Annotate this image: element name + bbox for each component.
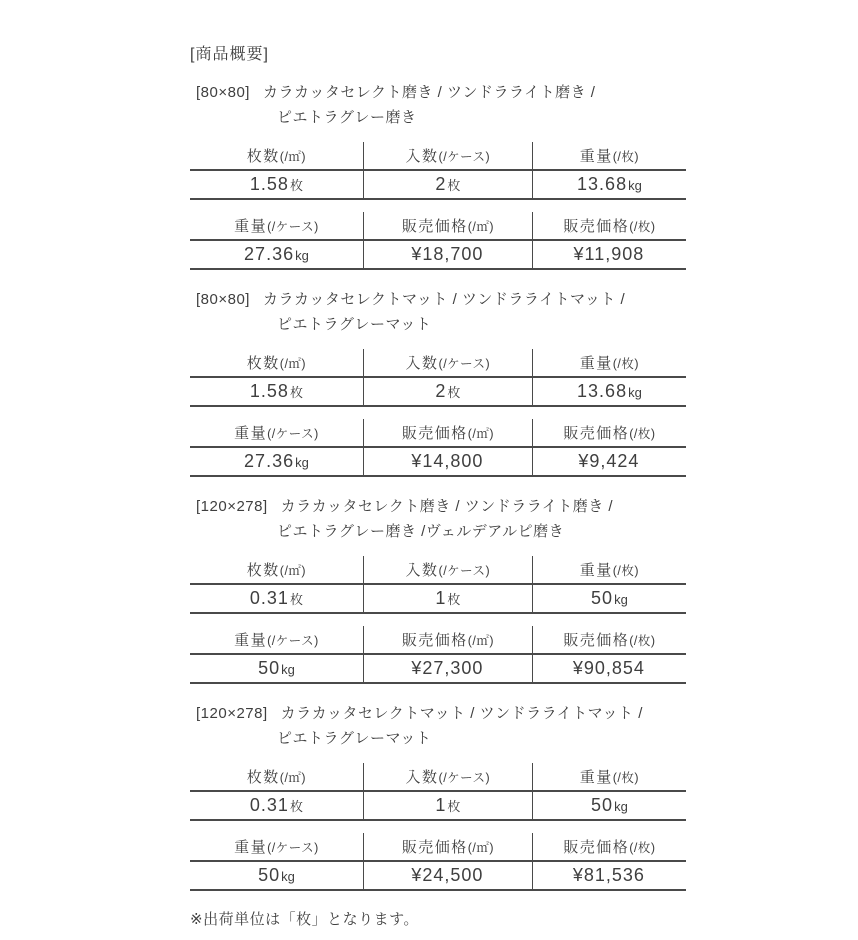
header-label: 重量	[234, 632, 267, 649]
header-cell-price-per-sheet: 販売価格(/枚)	[532, 626, 686, 654]
spec-table-price: 重量(/ケース) 販売価格(/㎡) 販売価格(/枚) 27.36kg ¥18,7…	[190, 212, 686, 270]
product-names-line1: カラカッタセレクトマット / ツンドラライトマット /	[263, 287, 625, 312]
quantity-value-row: 1.58枚 2枚 13.68kg	[190, 170, 686, 199]
product-section: [80×80] カラカッタセレクトマット / ツンドラライトマット / ピエトラ…	[190, 287, 686, 477]
product-section: [120×278] カラカッタセレクト磨き / ツンドラライト磨き / ピエトラ…	[190, 494, 686, 684]
value-cell-price-per-sqm: ¥18,700	[363, 240, 532, 269]
header-unit: (/ケース)	[267, 841, 319, 855]
size-label: [80×80]	[196, 287, 250, 312]
value-cell-sheets-per-sqm: 0.31枚	[190, 584, 363, 613]
value-number: 27.36	[244, 244, 294, 264]
section-heading-line1: [80×80] カラカッタセレクトマット / ツンドラライトマット /	[196, 287, 686, 312]
spec-table-quantity: 枚数(/㎡) 入数(/ケース) 重量(/枚) 1.58枚 2枚 13.68kg	[190, 349, 686, 407]
value-unit: 枚	[447, 178, 460, 193]
value-number: ¥24,500	[411, 865, 483, 885]
header-unit: (/枚)	[629, 220, 655, 234]
value-number: ¥14,800	[411, 451, 483, 471]
spec-table-price: 重量(/ケース) 販売価格(/㎡) 販売価格(/枚) 50kg ¥27,300 …	[190, 626, 686, 684]
size-label: [120×278]	[196, 494, 268, 519]
header-unit: (/㎡)	[468, 634, 494, 648]
header-unit: (/㎡)	[280, 357, 306, 371]
header-unit: (/㎡)	[280, 150, 306, 164]
value-number: 1.58	[250, 174, 289, 194]
header-unit: (/枚)	[613, 150, 639, 164]
size-label: [120×278]	[196, 701, 268, 726]
header-label: 重量	[234, 218, 267, 235]
value-unit: 枚	[290, 385, 303, 400]
section-heading-line1: [120×278] カラカッタセレクト磨き / ツンドラライト磨き /	[196, 494, 686, 519]
value-cell-per-case: 2枚	[363, 377, 532, 406]
header-cell-per-case: 入数(/ケース)	[363, 556, 532, 584]
spec-table-quantity: 枚数(/㎡) 入数(/ケース) 重量(/枚) 0.31枚 1枚 50kg	[190, 763, 686, 821]
header-label: 枚数	[247, 355, 280, 372]
header-unit: (/ケース)	[439, 150, 491, 164]
content-column: [商品概要] [80×80] カラカッタセレクト磨き / ツンドラライト磨き /…	[190, 0, 686, 929]
value-number: 50	[258, 658, 280, 678]
header-label: 重量	[580, 148, 613, 165]
product-names-line2: ピエトラグレー磨き	[277, 105, 686, 130]
value-unit: kg	[281, 869, 295, 884]
product-names-line2: ピエトラグレーマット	[277, 726, 686, 751]
value-unit: kg	[628, 178, 642, 193]
header-label: 枚数	[247, 562, 280, 579]
header-label: 販売価格	[563, 839, 629, 856]
header-unit: (/枚)	[613, 771, 639, 785]
section-heading-line1: [80×80] カラカッタセレクト磨き / ツンドラライト磨き /	[196, 80, 686, 105]
header-unit: (/㎡)	[280, 771, 306, 785]
header-unit: (/ケース)	[267, 427, 319, 441]
header-cell-weight-per-case: 重量(/ケース)	[190, 419, 363, 447]
header-unit: (/㎡)	[468, 841, 494, 855]
section-heading: [120×278] カラカッタセレクト磨き / ツンドラライト磨き / ピエトラ…	[190, 494, 686, 544]
value-number: 50	[591, 588, 613, 608]
value-unit: kg	[295, 248, 309, 263]
value-cell-weight-per-case: 27.36kg	[190, 447, 363, 476]
header-label: 販売価格	[402, 839, 468, 856]
header-cell-sheets-per-sqm: 枚数(/㎡)	[190, 763, 363, 791]
value-number: 27.36	[244, 451, 294, 471]
header-unit: (/ケース)	[267, 634, 319, 648]
header-cell-price-per-sqm: 販売価格(/㎡)	[363, 833, 532, 861]
header-cell-weight-per-case: 重量(/ケース)	[190, 833, 363, 861]
value-number: 1	[435, 795, 446, 815]
value-cell-weight-per-sheet: 13.68kg	[532, 377, 686, 406]
header-unit: (/㎡)	[468, 220, 494, 234]
header-label: 入数	[406, 769, 439, 786]
value-number: 2	[435, 381, 446, 401]
product-overview-page: [商品概要] [80×80] カラカッタセレクト磨き / ツンドラライト磨き /…	[0, 0, 858, 940]
header-unit: (/枚)	[629, 634, 655, 648]
header-cell-sheets-per-sqm: 枚数(/㎡)	[190, 349, 363, 377]
header-label: 入数	[406, 562, 439, 579]
value-unit: kg	[628, 385, 642, 400]
header-cell-weight-per-case: 重量(/ケース)	[190, 626, 363, 654]
header-label: 重量	[580, 562, 613, 579]
product-names-line1: カラカッタセレクト磨き / ツンドラライト磨き /	[263, 80, 595, 105]
value-number: 13.68	[577, 174, 627, 194]
value-number: 1.58	[250, 381, 289, 401]
header-cell-weight-per-sheet: 重量(/枚)	[532, 349, 686, 377]
value-cell-price-per-sheet: ¥9,424	[532, 447, 686, 476]
value-number: ¥90,854	[573, 658, 645, 678]
header-label: 枚数	[247, 148, 280, 165]
value-unit: 枚	[290, 799, 303, 814]
value-number: 0.31	[250, 795, 289, 815]
size-label: [80×80]	[196, 80, 250, 105]
section-heading: [120×278] カラカッタセレクトマット / ツンドラライトマット / ピエ…	[190, 701, 686, 751]
header-cell-weight-per-case: 重量(/ケース)	[190, 212, 363, 240]
quantity-header-row: 枚数(/㎡) 入数(/ケース) 重量(/枚)	[190, 142, 686, 170]
product-section: [80×80] カラカッタセレクト磨き / ツンドラライト磨き / ピエトラグレ…	[190, 80, 686, 270]
value-cell-per-case: 2枚	[363, 170, 532, 199]
value-cell-weight-per-sheet: 13.68kg	[532, 170, 686, 199]
value-cell-price-per-sqm: ¥24,500	[363, 861, 532, 890]
header-label: 重量	[234, 839, 267, 856]
header-cell-price-per-sheet: 販売価格(/枚)	[532, 833, 686, 861]
value-number: 2	[435, 174, 446, 194]
product-names-line1: カラカッタセレクト磨き / ツンドラライト磨き /	[281, 494, 613, 519]
header-label: 入数	[406, 148, 439, 165]
value-number: ¥81,536	[573, 865, 645, 885]
section-heading-line1: [120×278] カラカッタセレクトマット / ツンドラライトマット /	[196, 701, 686, 726]
value-cell-weight-per-case: 27.36kg	[190, 240, 363, 269]
value-cell-price-per-sqm: ¥14,800	[363, 447, 532, 476]
header-unit: (/ケース)	[439, 564, 491, 578]
price-value-row: 27.36kg ¥18,700 ¥11,908	[190, 240, 686, 269]
value-unit: 枚	[290, 592, 303, 607]
price-header-row: 重量(/ケース) 販売価格(/㎡) 販売価格(/枚)	[190, 212, 686, 240]
header-cell-price-per-sqm: 販売価格(/㎡)	[363, 626, 532, 654]
value-unit: kg	[295, 455, 309, 470]
header-cell-price-per-sheet: 販売価格(/枚)	[532, 212, 686, 240]
value-unit: 枚	[290, 178, 303, 193]
value-cell-price-per-sheet: ¥90,854	[532, 654, 686, 683]
shipping-unit-footnote: ※出荷単位は「枚」となります。	[190, 908, 686, 929]
header-label: 重量	[580, 355, 613, 372]
value-number: 50	[258, 865, 280, 885]
price-header-row: 重量(/ケース) 販売価格(/㎡) 販売価格(/枚)	[190, 626, 686, 654]
header-label: 販売価格	[402, 218, 468, 235]
header-label: 入数	[406, 355, 439, 372]
value-cell-per-case: 1枚	[363, 791, 532, 820]
header-cell-weight-per-sheet: 重量(/枚)	[532, 763, 686, 791]
header-unit: (/ケース)	[439, 771, 491, 785]
value-unit: kg	[281, 662, 295, 677]
sections: [80×80] カラカッタセレクト磨き / ツンドラライト磨き / ピエトラグレ…	[190, 80, 686, 891]
header-label: 重量	[580, 769, 613, 786]
quantity-value-row: 1.58枚 2枚 13.68kg	[190, 377, 686, 406]
header-cell-per-case: 入数(/ケース)	[363, 142, 532, 170]
value-cell-price-per-sheet: ¥81,536	[532, 861, 686, 890]
page-title: [商品概要]	[190, 44, 686, 66]
value-cell-sheets-per-sqm: 1.58枚	[190, 170, 363, 199]
header-cell-weight-per-sheet: 重量(/枚)	[532, 556, 686, 584]
header-label: 販売価格	[563, 425, 629, 442]
value-unit: kg	[614, 799, 628, 814]
header-cell-weight-per-sheet: 重量(/枚)	[532, 142, 686, 170]
value-unit: kg	[614, 592, 628, 607]
header-cell-per-case: 入数(/ケース)	[363, 349, 532, 377]
value-number: ¥18,700	[411, 244, 483, 264]
quantity-header-row: 枚数(/㎡) 入数(/ケース) 重量(/枚)	[190, 556, 686, 584]
value-number: 1	[435, 588, 446, 608]
value-number: 13.68	[577, 381, 627, 401]
header-label: 販売価格	[402, 425, 468, 442]
header-cell-price-per-sqm: 販売価格(/㎡)	[363, 212, 532, 240]
product-names-line2: ピエトラグレー磨き /ヴェルデアルピ磨き	[277, 519, 686, 544]
price-header-row: 重量(/ケース) 販売価格(/㎡) 販売価格(/枚)	[190, 419, 686, 447]
value-cell-weight-per-case: 50kg	[190, 861, 363, 890]
value-unit: 枚	[447, 385, 460, 400]
value-unit: 枚	[447, 592, 460, 607]
header-unit: (/枚)	[613, 357, 639, 371]
value-cell-price-per-sheet: ¥11,908	[532, 240, 686, 269]
value-cell-per-case: 1枚	[363, 584, 532, 613]
header-unit: (/枚)	[629, 841, 655, 855]
header-label: 販売価格	[563, 218, 629, 235]
product-names-line1: カラカッタセレクトマット / ツンドラライトマット /	[281, 701, 643, 726]
value-cell-weight-per-case: 50kg	[190, 654, 363, 683]
header-unit: (/ケース)	[439, 357, 491, 371]
header-unit: (/枚)	[629, 427, 655, 441]
header-unit: (/枚)	[613, 564, 639, 578]
header-cell-sheets-per-sqm: 枚数(/㎡)	[190, 556, 363, 584]
spec-table-price: 重量(/ケース) 販売価格(/㎡) 販売価格(/枚) 50kg ¥24,500 …	[190, 833, 686, 891]
value-number: 50	[591, 795, 613, 815]
value-number: ¥27,300	[411, 658, 483, 678]
value-unit: 枚	[447, 799, 460, 814]
value-number: 0.31	[250, 588, 289, 608]
header-cell-sheets-per-sqm: 枚数(/㎡)	[190, 142, 363, 170]
header-cell-price-per-sqm: 販売価格(/㎡)	[363, 419, 532, 447]
header-label: 重量	[234, 425, 267, 442]
spec-table-quantity: 枚数(/㎡) 入数(/ケース) 重量(/枚) 0.31枚 1枚 50kg	[190, 556, 686, 614]
section-heading: [80×80] カラカッタセレクトマット / ツンドラライトマット / ピエトラ…	[190, 287, 686, 337]
header-cell-per-case: 入数(/ケース)	[363, 763, 532, 791]
header-unit: (/ケース)	[267, 220, 319, 234]
value-cell-sheets-per-sqm: 0.31枚	[190, 791, 363, 820]
header-unit: (/㎡)	[468, 427, 494, 441]
header-label: 販売価格	[402, 632, 468, 649]
header-cell-price-per-sheet: 販売価格(/枚)	[532, 419, 686, 447]
price-header-row: 重量(/ケース) 販売価格(/㎡) 販売価格(/枚)	[190, 833, 686, 861]
value-cell-sheets-per-sqm: 1.58枚	[190, 377, 363, 406]
price-value-row: 50kg ¥27,300 ¥90,854	[190, 654, 686, 683]
spec-table-quantity: 枚数(/㎡) 入数(/ケース) 重量(/枚) 1.58枚 2枚 13.68kg	[190, 142, 686, 200]
header-label: 枚数	[247, 769, 280, 786]
price-value-row: 27.36kg ¥14,800 ¥9,424	[190, 447, 686, 476]
price-value-row: 50kg ¥24,500 ¥81,536	[190, 861, 686, 890]
header-label: 販売価格	[563, 632, 629, 649]
value-number: ¥9,424	[578, 451, 639, 471]
value-cell-weight-per-sheet: 50kg	[532, 791, 686, 820]
product-section: [120×278] カラカッタセレクトマット / ツンドラライトマット / ピエ…	[190, 701, 686, 891]
quantity-value-row: 0.31枚 1枚 50kg	[190, 584, 686, 613]
quantity-header-row: 枚数(/㎡) 入数(/ケース) 重量(/枚)	[190, 763, 686, 791]
value-cell-weight-per-sheet: 50kg	[532, 584, 686, 613]
value-cell-price-per-sqm: ¥27,300	[363, 654, 532, 683]
spec-table-price: 重量(/ケース) 販売価格(/㎡) 販売価格(/枚) 27.36kg ¥14,8…	[190, 419, 686, 477]
quantity-value-row: 0.31枚 1枚 50kg	[190, 791, 686, 820]
product-names-line2: ピエトラグレーマット	[277, 312, 686, 337]
header-unit: (/㎡)	[280, 564, 306, 578]
quantity-header-row: 枚数(/㎡) 入数(/ケース) 重量(/枚)	[190, 349, 686, 377]
value-number: ¥11,908	[574, 244, 645, 264]
section-heading: [80×80] カラカッタセレクト磨き / ツンドラライト磨き / ピエトラグレ…	[190, 80, 686, 130]
